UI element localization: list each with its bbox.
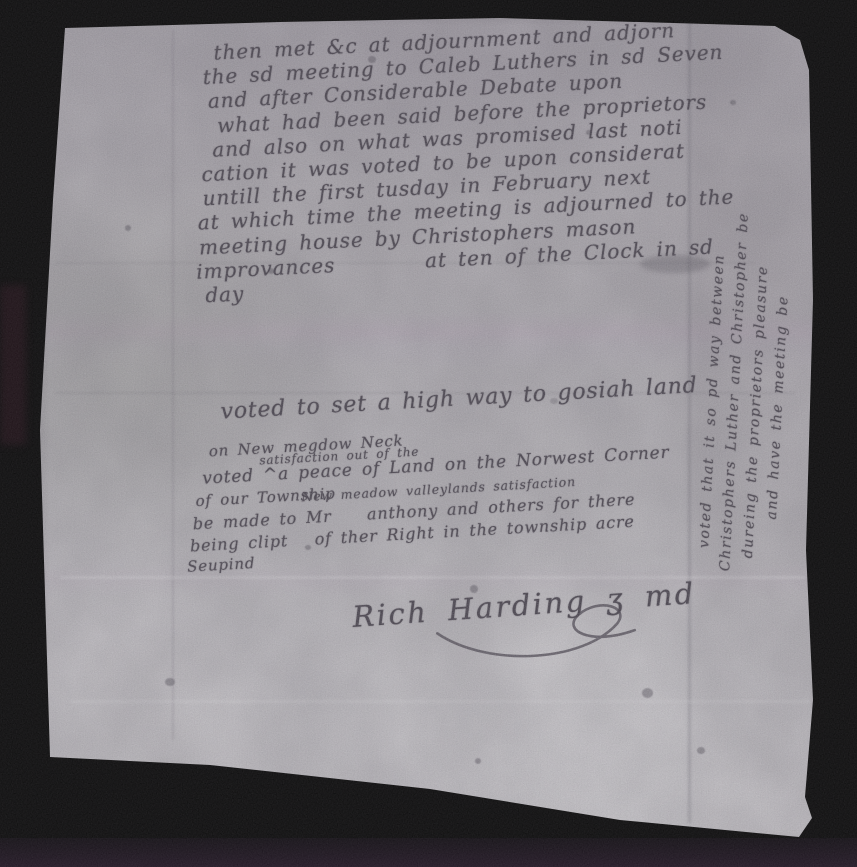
- photo-left-tint: [0, 285, 26, 445]
- votes-paragraph: voted to set a high way to gosiah land o…: [178, 370, 768, 592]
- foxing-spot: [697, 747, 705, 754]
- vertical-crease-left: [172, 30, 174, 740]
- foxing-spot: [125, 225, 131, 231]
- horizontal-crease-lower: [70, 700, 810, 703]
- foxing-spot: [475, 758, 481, 764]
- vote-line-7: Seupind: [187, 554, 256, 576]
- minutes-paragraph: then met &c at adjournment and adjorn th…: [185, 16, 738, 308]
- photo-bottom-tint: [0, 838, 857, 867]
- vote-line-1: voted to set a high way to gosiah land: [220, 373, 698, 425]
- foxing-spot: [165, 678, 175, 686]
- foxing-spot: [642, 688, 653, 698]
- manuscript-page: then met &c at adjournment and adjorn th…: [30, 10, 825, 848]
- foxing-spot: [730, 100, 736, 105]
- photograph-of-manuscript: { "palette": { "background": "#060606", …: [0, 0, 857, 867]
